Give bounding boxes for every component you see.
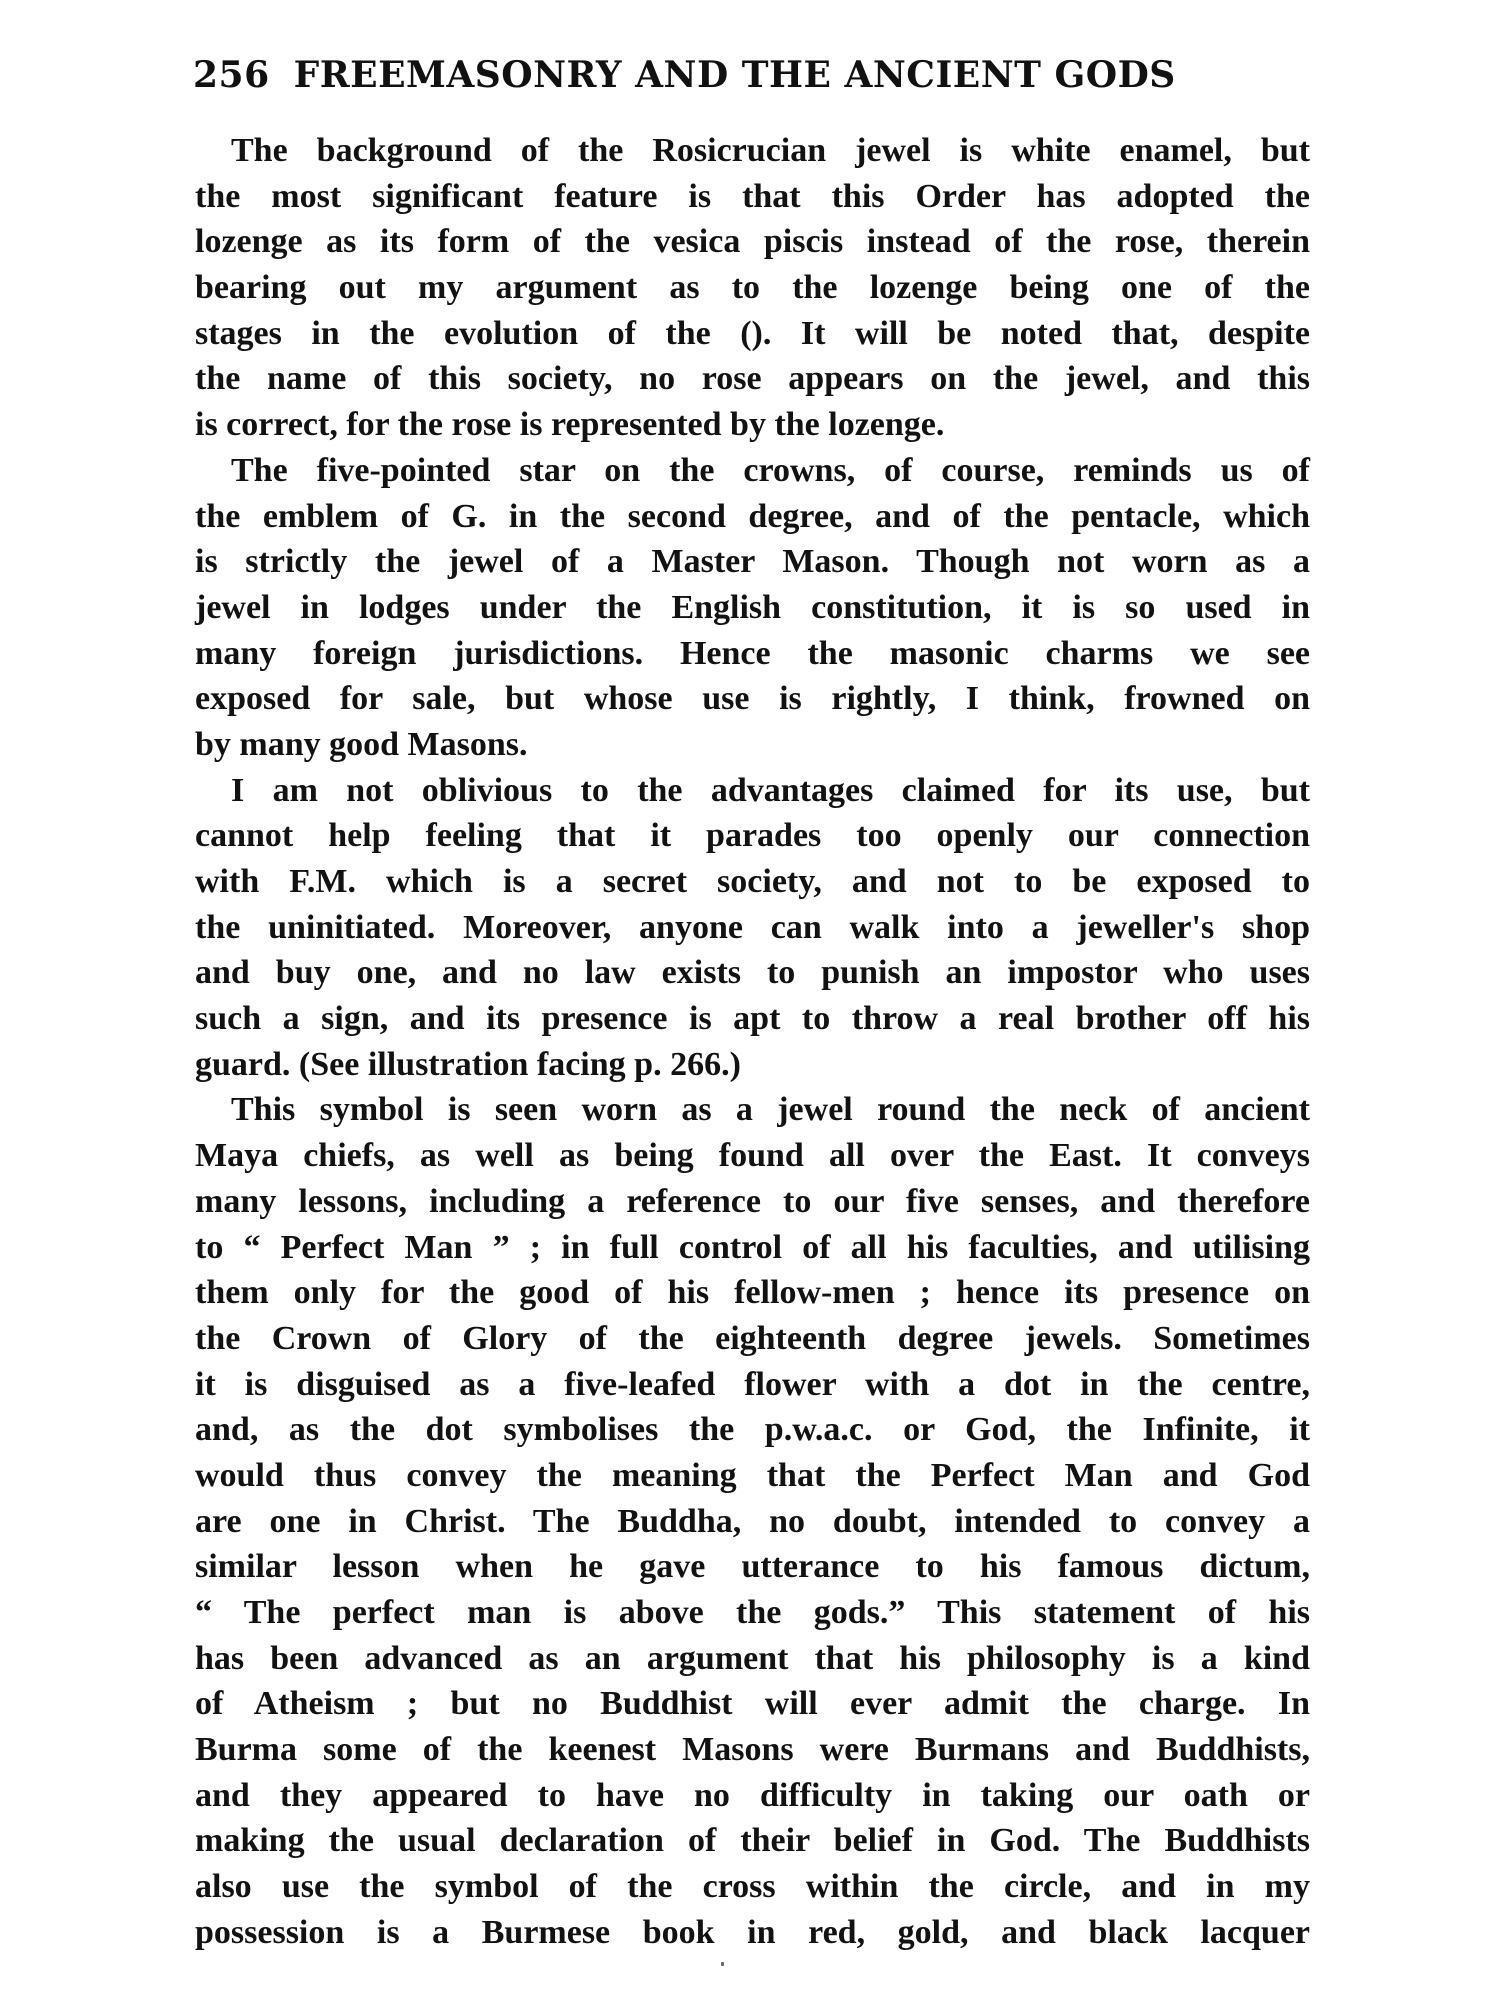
text-line: exposed for sale, but whose use is right… <box>195 676 1310 722</box>
text-line: making the usual declaration of their be… <box>195 1818 1310 1864</box>
text-line: the uninitiated. Moreover, anyone can wa… <box>195 905 1310 951</box>
text-line: bearing out my argument as to the lozeng… <box>195 265 1310 311</box>
text-line: The five-pointed star on the crowns, of … <box>195 448 1310 494</box>
book-page: 256FREEMASONRY AND THE ANCIENT GODS The … <box>0 0 1500 2000</box>
text-line: the Crown of Glory of the eighteenth deg… <box>195 1316 1310 1362</box>
text-line: many foreign jurisdictions. Hence the ma… <box>195 631 1310 677</box>
text-line: Burma some of the keenest Masons were Bu… <box>195 1727 1310 1773</box>
text-line: has been advanced as an argument that hi… <box>195 1636 1310 1682</box>
text-line: lozenge as its form of the vesica piscis… <box>195 219 1310 265</box>
text-line: with F.M. which is a secret society, and… <box>195 859 1310 905</box>
text-line: many lessons, including a reference to o… <box>195 1179 1310 1225</box>
body-text: The background of the Rosicrucian jewel … <box>195 128 1310 1956</box>
text-line: possession is a Burmese book in red, gol… <box>195 1910 1310 1956</box>
scan-speck <box>721 1962 724 1966</box>
text-line: and they appeared to have no difficulty … <box>195 1773 1310 1819</box>
running-header: 256FREEMASONRY AND THE ANCIENT GODS <box>193 54 1233 102</box>
text-line: would thus convey the meaning that the P… <box>195 1453 1310 1499</box>
text-line: such a sign, and its presence is apt to … <box>195 996 1310 1042</box>
text-line: are one in Christ. The Buddha, no doubt,… <box>195 1499 1310 1545</box>
running-title: FREEMASONRY AND THE ANCIENT GODS <box>294 54 1176 96</box>
text-line: This symbol is seen worn as a jewel roun… <box>195 1087 1310 1133</box>
text-line: them only for the good of his fellow-men… <box>195 1270 1310 1316</box>
text-line: is correct, for the rose is represented … <box>195 402 1310 448</box>
text-line: Maya chiefs, as well as being found all … <box>195 1133 1310 1179</box>
text-line: also use the symbol of the cross within … <box>195 1864 1310 1910</box>
text-line: cannot help feeling that it parades too … <box>195 813 1310 859</box>
text-line: similar lesson when he gave utterance to… <box>195 1544 1310 1590</box>
text-line: the name of this society, no rose appear… <box>195 356 1310 402</box>
text-line: to “ Perfect Man ” ; in full control of … <box>195 1225 1310 1271</box>
text-line: and buy one, and no law exists to punish… <box>195 950 1310 996</box>
page-number: 256 <box>193 54 270 96</box>
text-line: of Atheism ; but no Buddhist will ever a… <box>195 1681 1310 1727</box>
text-line: by many good Masons. <box>195 722 1310 768</box>
text-line: jewel in lodges under the English consti… <box>195 585 1310 631</box>
text-line: is strictly the jewel of a Master Mason.… <box>195 539 1310 585</box>
text-line: stages in the evolution of the (). It wi… <box>195 311 1310 357</box>
text-line: “ The perfect man is above the gods.” Th… <box>195 1590 1310 1636</box>
text-line: I am not oblivious to the advantages cla… <box>195 768 1310 814</box>
text-line: guard. (See illustration facing p. 266.) <box>195 1042 1310 1088</box>
text-line: and, as the dot symbolises the p.w.a.c. … <box>195 1407 1310 1453</box>
text-line: The background of the Rosicrucian jewel … <box>195 128 1310 174</box>
text-line: the emblem of G. in the second degree, a… <box>195 494 1310 540</box>
text-line: the most significant feature is that thi… <box>195 174 1310 220</box>
text-line: it is disguised as a five-leafed flower … <box>195 1362 1310 1408</box>
